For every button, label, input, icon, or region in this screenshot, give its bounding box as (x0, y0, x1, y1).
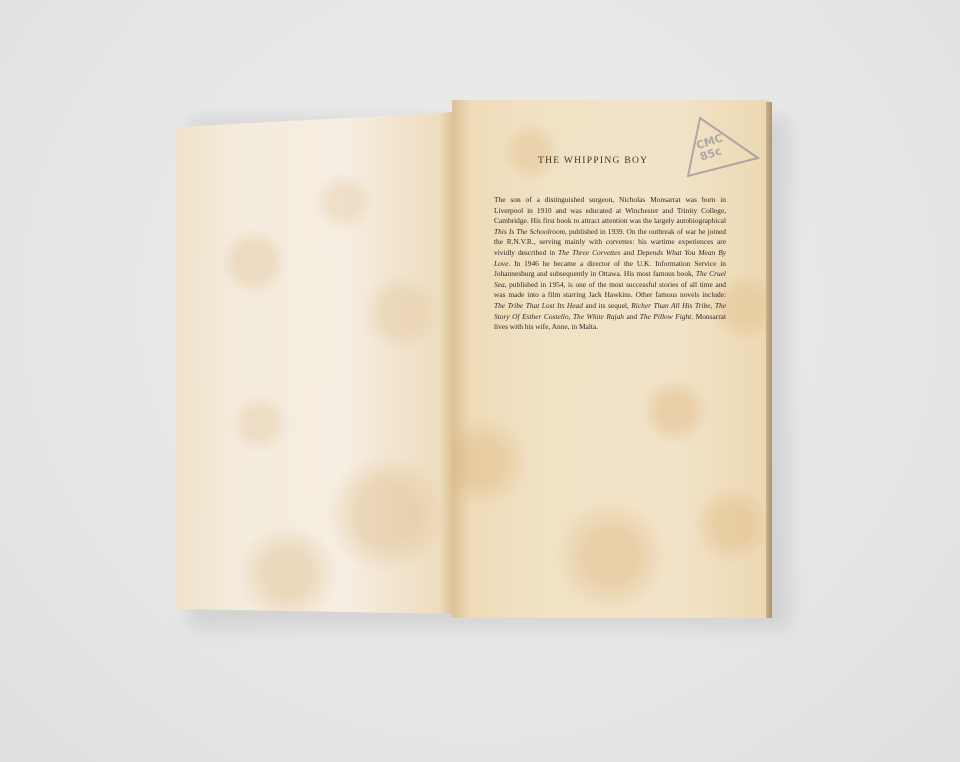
page-block-edge (766, 102, 772, 618)
price-stamp: CMC 85c (682, 110, 760, 180)
book-title: This Is The Schoolroom (494, 227, 565, 236)
photo-scene: THE WHIPPING BOY CMC 85c The son of a di… (0, 0, 960, 762)
book-title: The Three Corvettes (558, 248, 620, 257)
book-title: The Pillow Fight (640, 312, 691, 321)
book-title: Richer Than All His Tribe (631, 301, 710, 310)
book-title: The Tribe That Lost Its Head (494, 301, 583, 310)
book-title: The White Rajah (573, 312, 624, 321)
page-title: THE WHIPPING BOY (538, 156, 638, 166)
author-bio: The son of a distinguished surgeon, Nich… (494, 195, 726, 333)
left-page (176, 112, 456, 614)
